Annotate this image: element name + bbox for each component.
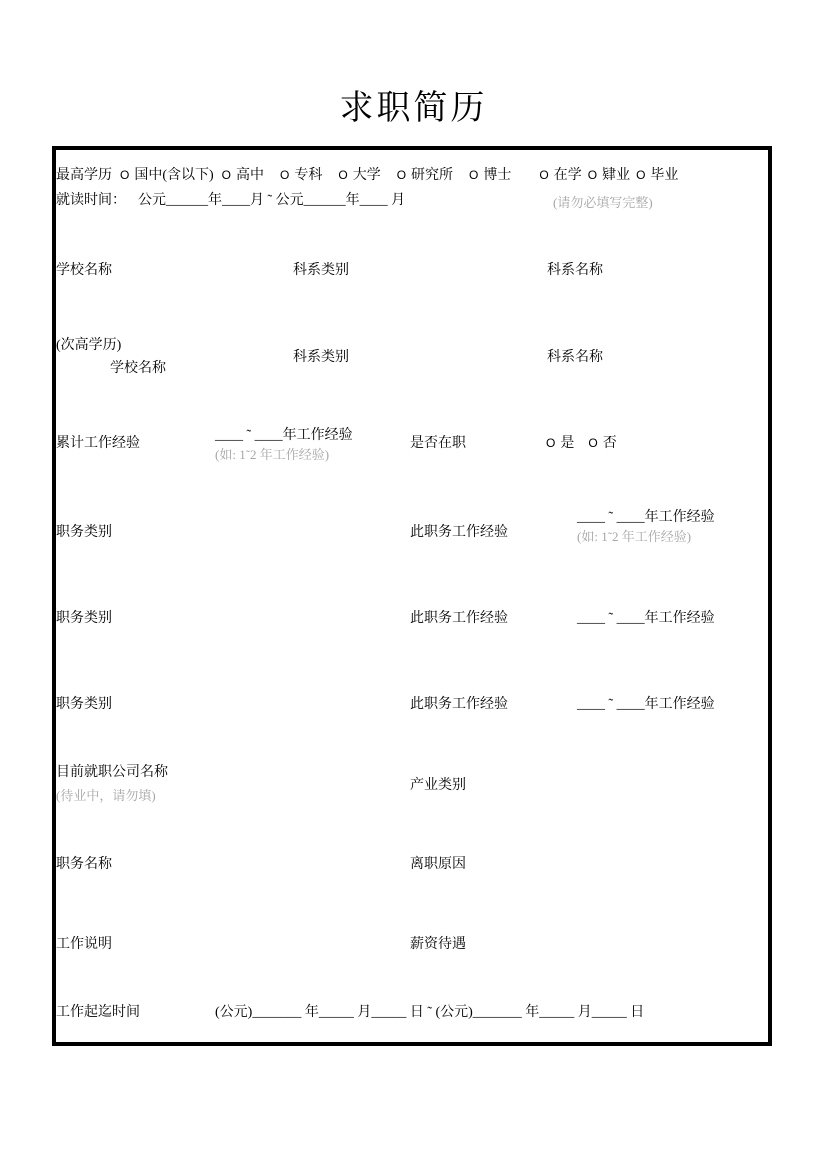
total-experience-blank[interactable]: ____ ˜ ____年工作经验 — [215, 426, 353, 445]
work-period-label: 工作起迄时间 — [56, 1003, 140, 1022]
highest-education-row: 最高学历 O国中(含以下) O高中 O专科 O大学 O研究所 O博士 O在学 O… — [56, 166, 678, 185]
employed-option-label: 否 — [603, 436, 617, 451]
work-period-blank[interactable]: (公元)_______ 年_____ 月_____ 日 ˜ (公元)______… — [215, 1003, 644, 1022]
radio-icon[interactable]: O — [546, 436, 555, 450]
study-period-blank[interactable]: 公元______年____月 ˜ 公元______年____ 月 — [138, 191, 405, 210]
current-company-hint: (待业中，请勿填) — [56, 786, 156, 805]
employed-label: 是否在职 — [410, 434, 466, 453]
job-category-label: 职务类别 — [56, 695, 112, 714]
radio-icon[interactable]: O — [588, 168, 597, 182]
edu-status-option-graduated[interactable]: O毕业 — [636, 166, 678, 185]
edu-status-option-incomplete[interactable]: O肄业 — [588, 166, 630, 185]
school1-dept-name-label: 科系名称 — [547, 261, 603, 280]
school1-dept-type-label: 科系类别 — [293, 261, 349, 280]
radio-icon[interactable]: O — [469, 168, 478, 182]
radio-icon[interactable]: O — [539, 168, 548, 182]
edu-option-label: 高中 — [236, 168, 264, 183]
job-experience-blank[interactable]: ____ ˜ ____年工作经验 — [577, 508, 715, 527]
radio-icon[interactable]: O — [338, 168, 347, 182]
edu-option-label: 肄业 — [602, 168, 630, 183]
job-experience-label: 此职务工作经验 — [410, 695, 508, 714]
job-category-label: 职务类别 — [56, 523, 112, 542]
industry-category-label: 产业类别 — [410, 776, 466, 795]
study-period-label: 就读时间： — [56, 191, 126, 210]
edu-option-label: 大学 — [353, 168, 381, 183]
page-title: 求职简历 — [0, 80, 827, 129]
employed-options-row: O是 O否 — [546, 434, 617, 453]
resume-form-box: 最高学历 O国中(含以下) O高中 O专科 O大学 O研究所 O博士 O在学 O… — [52, 146, 772, 1046]
leave-reason-label: 离职原因 — [410, 855, 466, 874]
job-category-label: 职务类别 — [56, 609, 112, 628]
salary-label: 薪资待遇 — [410, 935, 466, 954]
total-experience-field: ____ ˜ ____年工作经验 (如: 1˜2 年工作经验) — [215, 426, 353, 464]
total-experience-label: 累计工作经验 — [56, 434, 140, 453]
job-title-label: 职务名称 — [56, 855, 112, 874]
highest-education-label: 最高学历 — [56, 166, 112, 185]
resume-document-page: 求职简历 最高学历 O国中(含以下) O高中 O专科 O大学 O研究所 O博士 … — [0, 0, 827, 1170]
school2-name-label: 学校名称 — [110, 359, 166, 378]
employed-option-yes[interactable]: O是 — [546, 434, 574, 453]
school2-dept-type-label: 科系类别 — [293, 348, 349, 367]
total-experience-hint: (如: 1˜2 年工作经验) — [215, 445, 353, 464]
work-description-label: 工作说明 — [56, 935, 112, 954]
edu-option-university[interactable]: O大学 — [338, 166, 380, 185]
school1-name-label: 学校名称 — [56, 261, 112, 280]
edu-option-doctorate[interactable]: O博士 — [469, 166, 511, 185]
edu-option-junior-college[interactable]: O专科 — [280, 166, 322, 185]
radio-icon[interactable]: O — [397, 168, 406, 182]
current-company-label: 目前就职公司名称 — [56, 763, 168, 782]
job-experience-blank[interactable]: ____ ˜ ____年工作经验 — [577, 695, 715, 714]
secondary-education-label: (次高学历) — [56, 336, 121, 355]
radio-icon[interactable]: O — [120, 168, 129, 182]
radio-icon[interactable]: O — [280, 168, 289, 182]
edu-option-label: 专科 — [294, 168, 322, 183]
edu-option-high-school[interactable]: O高中 — [222, 166, 264, 185]
radio-icon[interactable]: O — [636, 168, 645, 182]
school2-dept-name-label: 科系名称 — [547, 348, 603, 367]
edu-option-label: 毕业 — [650, 168, 678, 183]
edu-option-label: 博士 — [483, 168, 511, 183]
edu-option-junior-high[interactable]: O国中(含以下) — [120, 166, 214, 185]
job-experience-label: 此职务工作经验 — [410, 609, 508, 628]
edu-status-option-in-school[interactable]: O在学 — [539, 166, 581, 185]
job-experience-field: ____ ˜ ____年工作经验 (如: 1˜2 年工作经验) — [577, 508, 715, 546]
edu-option-label: 研究所 — [411, 168, 453, 183]
job-experience-blank[interactable]: ____ ˜ ____年工作经验 — [577, 609, 715, 628]
edu-option-label: 国中(含以下) — [134, 168, 213, 183]
study-period-row: 就读时间： 公元______年____月 ˜ 公元______年____ 月 — [56, 191, 405, 210]
radio-icon[interactable]: O — [222, 168, 231, 182]
job-experience-label: 此职务工作经验 — [410, 523, 508, 542]
job-experience-hint: (如: 1˜2 年工作经验) — [577, 527, 715, 546]
employed-option-label: 是 — [560, 436, 574, 451]
edu-option-graduate-school[interactable]: O研究所 — [397, 166, 453, 185]
radio-icon[interactable]: O — [588, 436, 597, 450]
edu-option-label: 在学 — [554, 168, 582, 183]
employed-option-no[interactable]: O否 — [588, 434, 616, 453]
study-period-hint: (请勿必填写完整) — [553, 193, 653, 212]
